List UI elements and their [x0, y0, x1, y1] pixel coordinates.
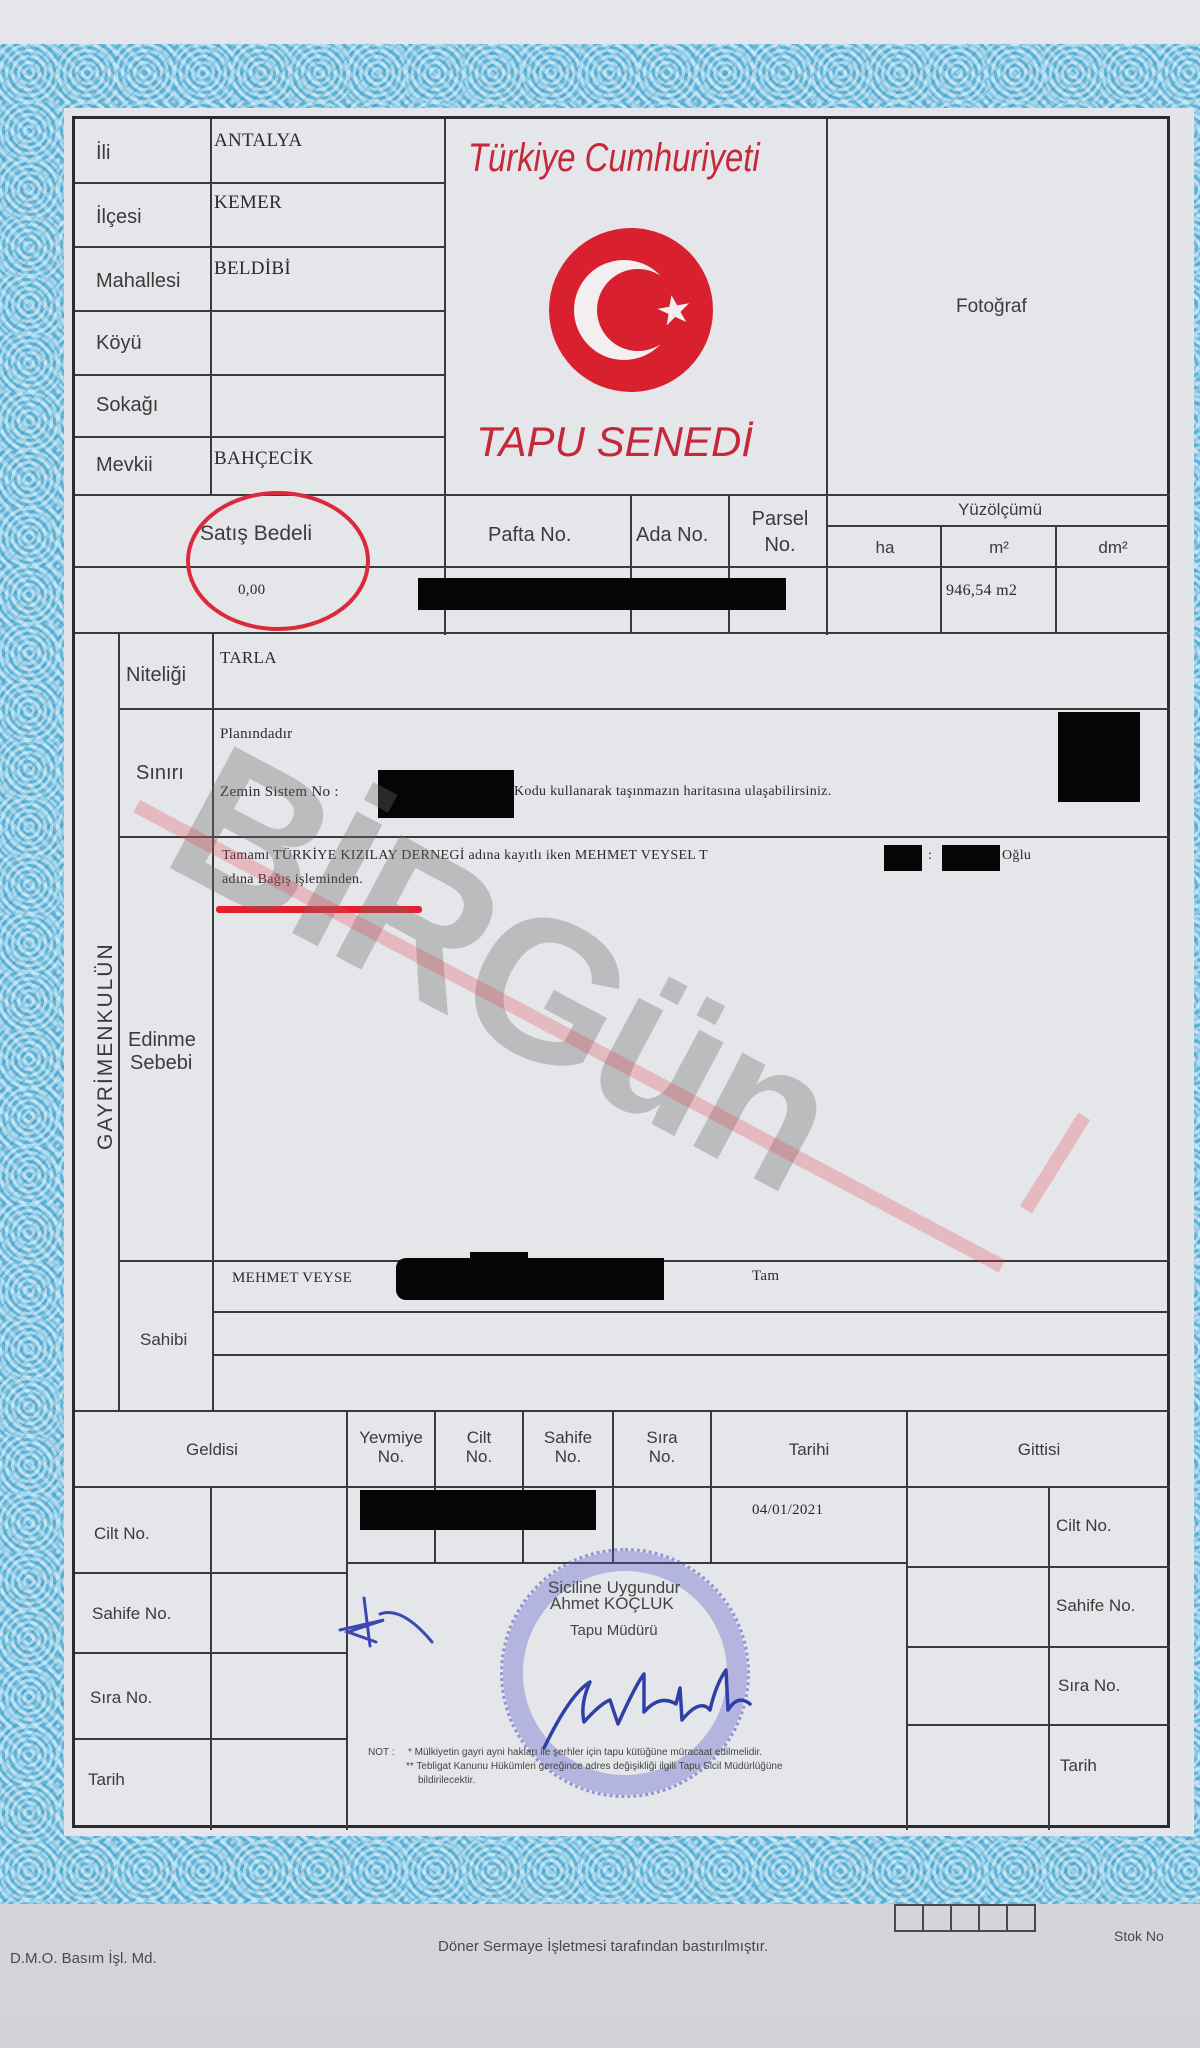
redacted-parcel-numbers [418, 578, 786, 610]
value-acquisition-1c: Oğlu [1002, 848, 1031, 864]
grid-line [75, 374, 445, 376]
note-line-2: ** Tebligat Kanunu Hükümleri gereğince a… [406, 1760, 783, 1774]
grid-line [906, 1724, 1170, 1726]
label-border: Sınırı [136, 762, 184, 785]
grid-line [906, 1646, 1170, 1648]
label-date: Tarihi [712, 1440, 906, 1459]
value-owner-share: Tam [752, 1268, 779, 1285]
label-nature: Niteliği [126, 664, 186, 687]
note-line-1: * Mülkiyetin gayri ayni hakları ile şerh… [408, 1746, 762, 1760]
label-area-m2: m² [944, 538, 1054, 557]
label-pafta: Pafta No. [488, 524, 571, 547]
label-yevmiye: Yevmiye No. [348, 1428, 434, 1466]
grid-line [75, 1410, 1170, 1412]
stock-box [950, 1904, 980, 1932]
value-border-line1: Planındadır [220, 726, 292, 743]
grid-line [728, 494, 730, 634]
label-parsel: Parsel No. [738, 506, 822, 558]
grid-line [118, 836, 1170, 838]
note-label: NOT : [368, 1746, 394, 1760]
label-came-tarih: Tarih [88, 1770, 125, 1790]
label-came: Geldisi [186, 1440, 238, 1460]
note-line-3: bildirilecektir. [418, 1774, 475, 1788]
republic-title: Türkiye Cumhuriyeti [468, 136, 760, 181]
grid-line [75, 436, 445, 438]
value-owner: MEHMET VEYSE [232, 1270, 352, 1287]
label-area: Yüzölçümü [830, 500, 1170, 519]
stock-box [922, 1904, 952, 1932]
label-acquisition-1: Edinme [128, 1028, 196, 1052]
label-koy: Köyü [96, 332, 142, 355]
label-went-sahife: Sahife No. [1056, 1596, 1135, 1616]
grid-line [906, 1566, 1170, 1568]
printer-label: D.M.O. Basım İşl. Md. [10, 1950, 157, 1967]
label-went-tarih: Tarih [1060, 1756, 1097, 1776]
section-label-property: GAYRİMENKULÜN [94, 942, 118, 1150]
label-sira: Sıra No. [614, 1428, 710, 1466]
value-ilce: KEMER [214, 192, 282, 214]
red-circle-annotation [180, 486, 376, 636]
label-sokak: Sokağı [96, 394, 158, 417]
label-owner: Sahibi [140, 1330, 187, 1350]
value-mevkii: BAHÇECİK [214, 448, 314, 470]
redacted-mark [470, 1252, 528, 1262]
redacted-qr-code [1058, 712, 1140, 802]
label-came-sahife: Sahife No. [92, 1604, 171, 1624]
label-mevkii: Mevkii [96, 454, 153, 477]
photo-placeholder-label: Fotoğraf [956, 296, 1027, 318]
grid-line [75, 1738, 347, 1740]
value-mahalle: BELDİBİ [214, 258, 291, 280]
label-acquisition-2: Sebebi [130, 1052, 192, 1075]
grid-line [75, 1652, 347, 1654]
value-il: ANTALYA [214, 130, 302, 152]
grid-line [75, 1572, 347, 1574]
label-went: Gittisi [908, 1440, 1170, 1459]
printed-by-label: Döner Sermaye İşletmesi tarafından bastı… [438, 1938, 768, 1955]
stock-label: Stok No [1114, 1928, 1164, 1944]
stock-box [894, 1904, 924, 1932]
label-mahalle: Mahallesi [96, 270, 180, 293]
crescent-star-icon [546, 225, 716, 395]
label-ilce: İlçesi [96, 206, 142, 229]
label-ada: Ada No. [636, 524, 708, 547]
redacted-registry-numbers [360, 1490, 596, 1530]
label-went-cilt: Cilt No. [1056, 1516, 1112, 1536]
grid-line [75, 182, 445, 184]
grid-line [212, 632, 214, 1412]
label-sahife: Sahife No. [524, 1428, 612, 1466]
value-acquisition-1a: Tamamı TÜRKİYE KIZILAY DERNEGİ adına kay… [222, 848, 708, 864]
stamp-text-3: Tapu Müdürü [570, 1622, 658, 1639]
stock-box [1006, 1904, 1036, 1932]
initials-signature [336, 1596, 436, 1656]
label-cilt: Cilt No. [436, 1428, 522, 1466]
grid-line [826, 119, 828, 635]
value-acquisition-1b: : [928, 848, 932, 864]
grid-line [75, 310, 445, 312]
grid-line [212, 1311, 1170, 1313]
value-border-suffix: Kodu kullanarak taşınmazın haritasına ul… [514, 784, 832, 800]
redacted-owner-surname [396, 1258, 664, 1300]
grid-line [212, 1354, 1170, 1356]
stamp-text-2: Ahmet KOÇLUK [550, 1594, 674, 1614]
label-area-ha: ha [830, 538, 940, 557]
redacted-father-name [942, 845, 1000, 871]
grid-line [210, 119, 212, 495]
value-area-m2: 946,54 m2 [946, 582, 1017, 600]
grid-line [210, 1486, 212, 1830]
grid-line [630, 494, 632, 634]
grid-line [906, 1410, 908, 1830]
grid-line [1055, 525, 1057, 634]
label-area-dm2: dm² [1058, 538, 1168, 557]
manager-signature [540, 1664, 760, 1756]
stock-box [978, 1904, 1008, 1932]
value-border-prefix: Zemin Sistem No : [220, 784, 339, 801]
grid-line [75, 246, 445, 248]
value-nature: TARLA [220, 648, 277, 668]
label-came-cilt: Cilt No. [94, 1524, 150, 1544]
grid-line [118, 708, 1170, 710]
grid-line [444, 119, 446, 635]
label-il: İli [96, 142, 110, 165]
grid-line [940, 525, 942, 634]
label-went-sira: Sıra No. [1058, 1676, 1120, 1696]
label-came-sira: Sıra No. [90, 1688, 152, 1708]
deed-title: TAPU SENEDİ [476, 418, 753, 466]
grid-line [1048, 1486, 1050, 1830]
redacted-surname [884, 845, 922, 871]
grid-line [118, 632, 120, 1412]
redacted-zemin-no [378, 770, 514, 818]
value-date: 04/01/2021 [752, 1502, 823, 1519]
grid-line [826, 525, 1170, 527]
grid-line [75, 1486, 1170, 1488]
